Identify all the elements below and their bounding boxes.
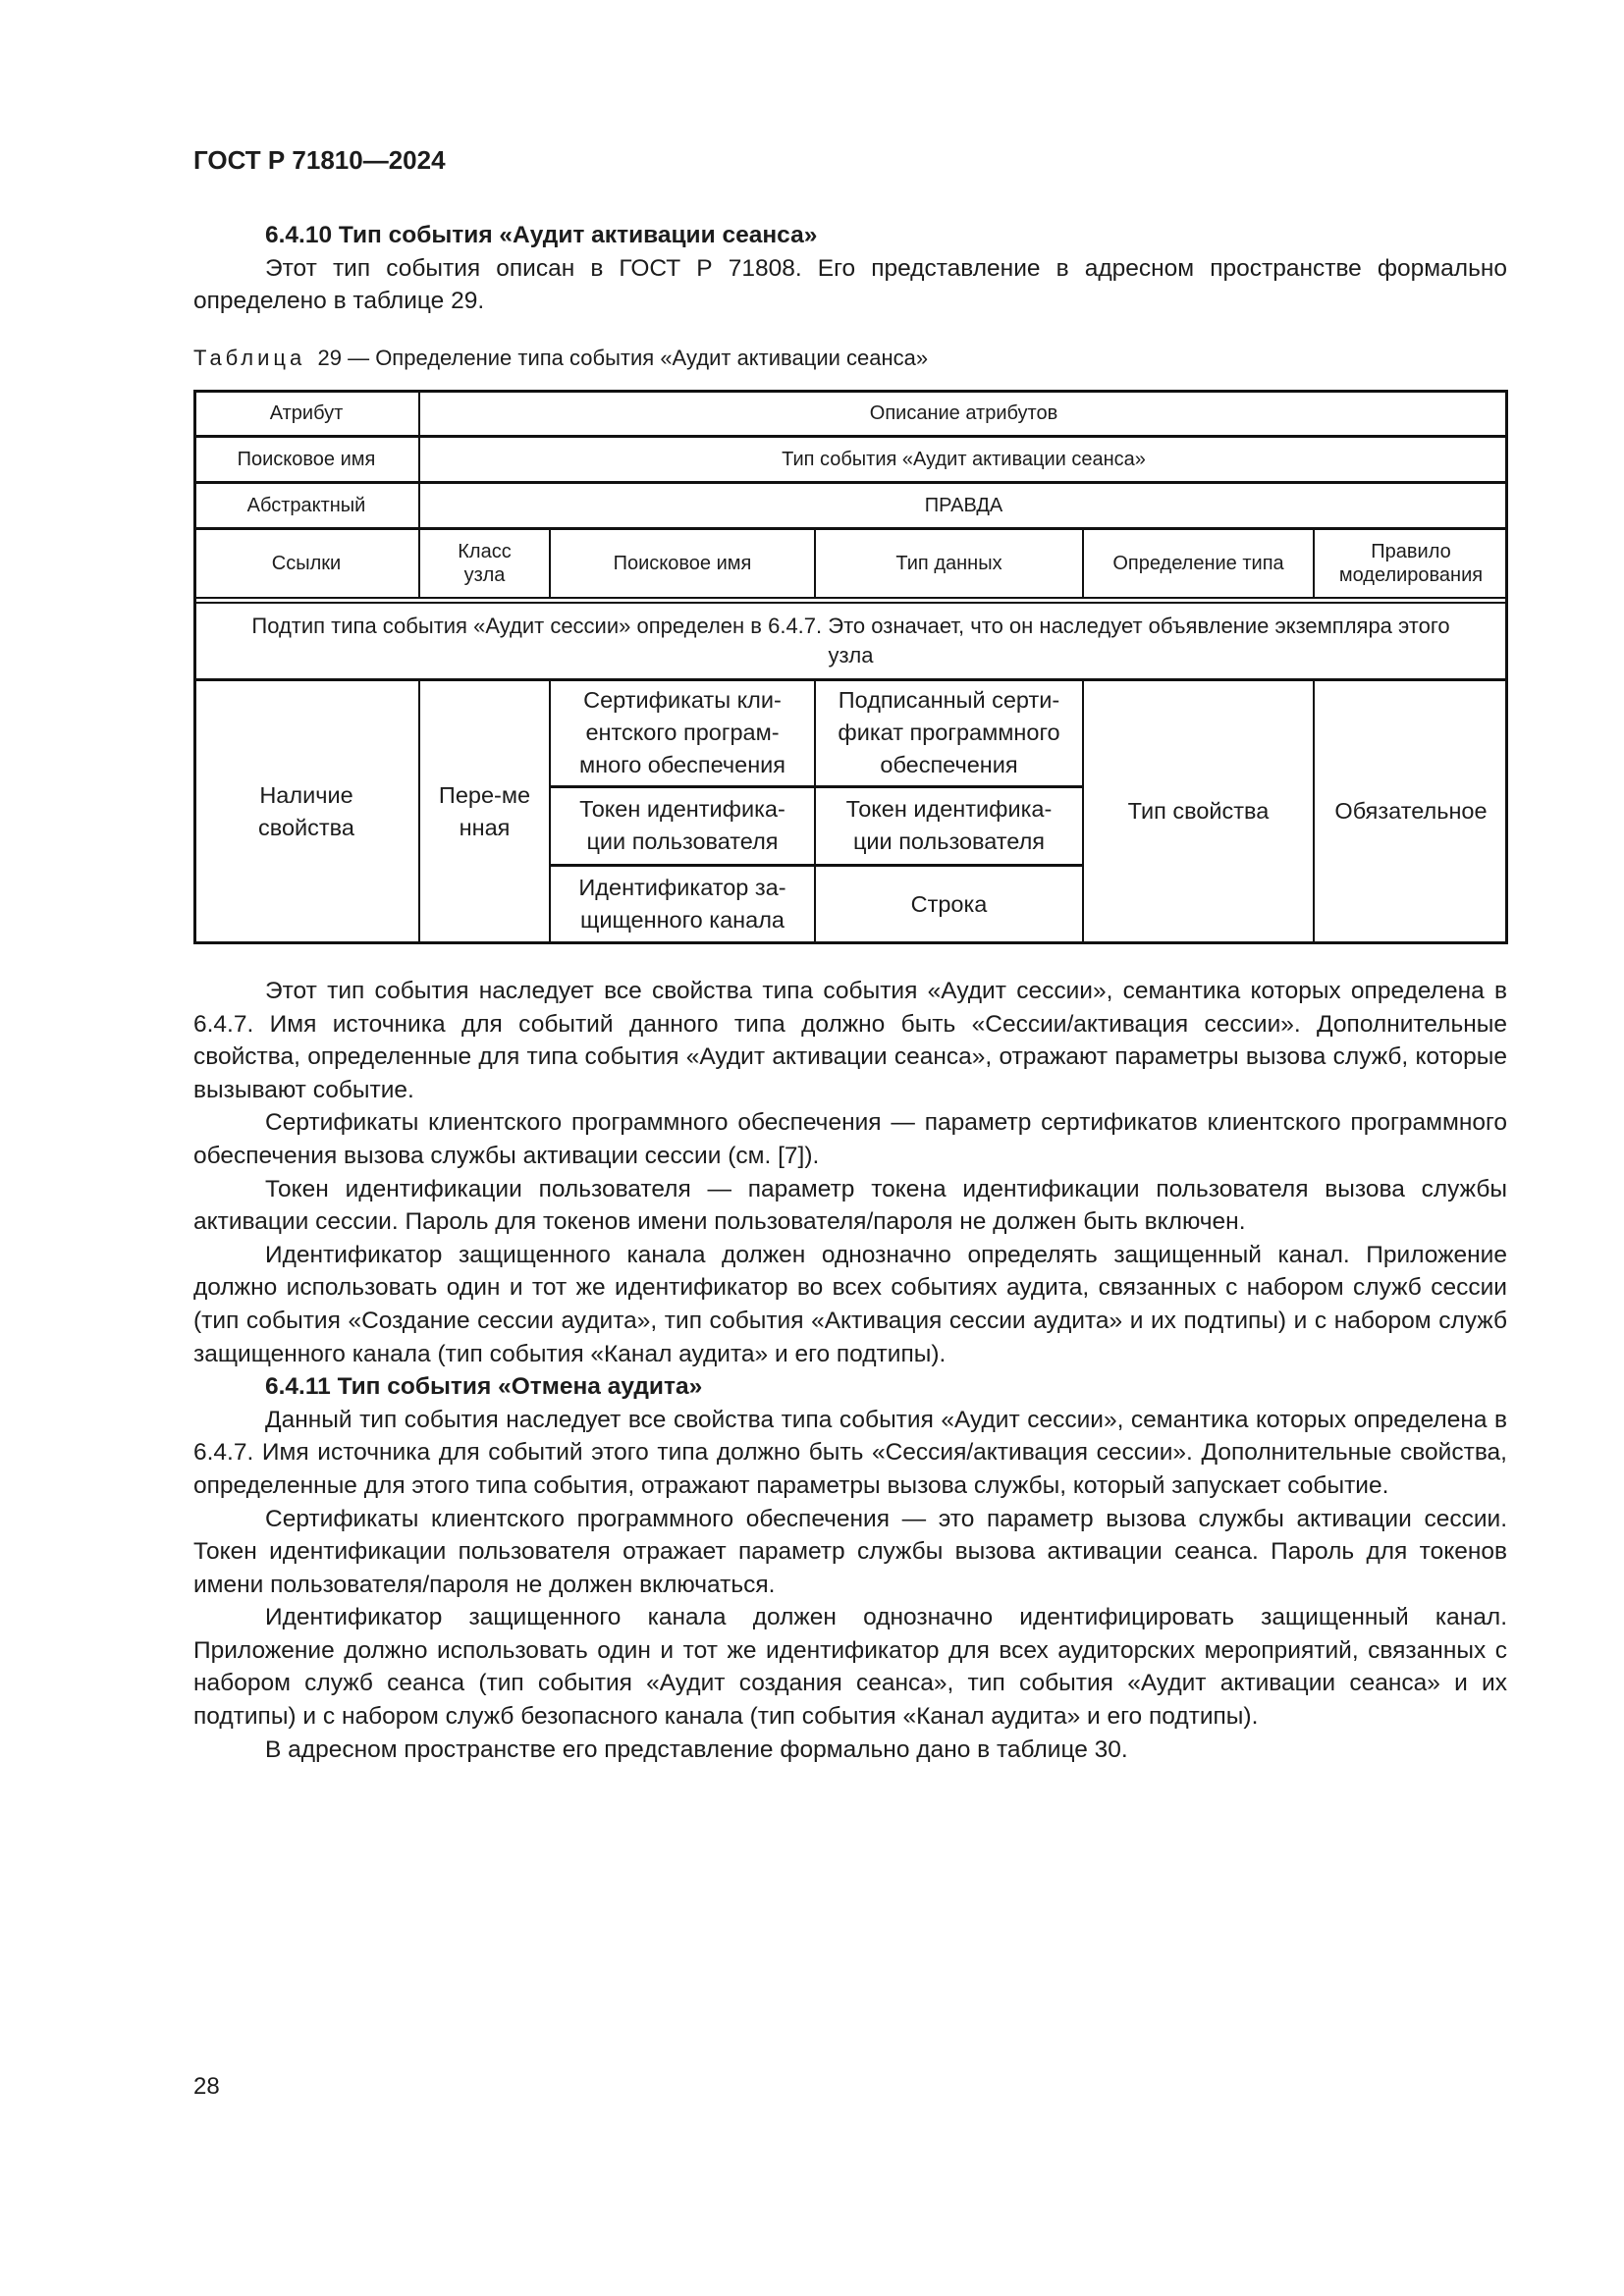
table-caption-text: 29 — Определение типа события «Аудит акт… (318, 346, 929, 370)
paragraph: Данный тип события наследует все свойств… (193, 1404, 1507, 1503)
table-cell-value: Тип события «Аудит активации сеанса» (419, 436, 1508, 482)
table-cell-browse-name: Идентификатор за-щищенного канала (550, 865, 815, 943)
table-cell-data-type: Строка (815, 865, 1083, 943)
section-heading-6-4-10: 6.4.10 Тип события «Аудит активации сеан… (193, 219, 1507, 252)
paragraph: Этот тип события наследует все свойства … (193, 975, 1507, 1106)
table-rule (193, 435, 1508, 438)
table-rule-vertical (1313, 679, 1315, 943)
table-rule (193, 602, 1508, 604)
table-border-bottom (193, 941, 1508, 944)
table-cell-node-class: Пере-менная (419, 679, 550, 943)
table-rule (193, 481, 1508, 484)
paragraph: Идентификатор защищенного канала должен … (193, 1601, 1507, 1733)
table-rule (193, 678, 1508, 681)
col-header-type-definition: Определение типа (1083, 528, 1314, 598)
col-header-browse-name: Поисковое имя (550, 528, 815, 598)
col-header-node-class: Класс узла (419, 528, 550, 598)
table-cell-browse-name: Сертификаты кли-ентского програм-много о… (550, 679, 815, 786)
table-cell-modelling-rule: Обязательное (1314, 679, 1508, 943)
table-caption-label: Таблица (193, 346, 305, 370)
table-rule-vertical (814, 528, 816, 598)
col-header-modelling-rule: Правило моделирования (1314, 528, 1508, 598)
node-class-text: Пере-менная (437, 779, 532, 844)
table-cell-attribute: Поисковое имя (193, 436, 419, 482)
table-border-top (193, 390, 1508, 393)
paragraph: Идентификатор защищенного канала должен … (193, 1239, 1507, 1370)
table-rule-vertical (418, 679, 420, 943)
table-rule-vertical (1082, 528, 1084, 598)
table-border-left (193, 390, 196, 944)
table-cell-reference: Наличие свойства (193, 679, 419, 943)
table-rule (193, 597, 1508, 599)
col-header-references: Ссылки (193, 528, 419, 598)
table-header-description: Описание атрибутов (419, 390, 1508, 436)
table-cell-browse-name: Токен идентифика-ции пользователя (550, 786, 815, 865)
paragraph: Сертификаты клиентского программного обе… (193, 1106, 1507, 1172)
table-rule-vertical (549, 528, 551, 598)
paragraph: Этот тип события описан в ГОСТ Р 71808. … (193, 252, 1507, 318)
table-rule (193, 527, 1508, 530)
section-6-4-10-intro: 6.4.10 Тип события «Аудит активации сеан… (193, 219, 1507, 318)
table-29: Атрибут Описание атрибутов Поисковое имя… (193, 390, 1508, 943)
table-rule-vertical (814, 679, 816, 943)
table-rule (550, 864, 1083, 867)
table-cell-value: ПРАВДА (419, 482, 1508, 528)
paragraph: Сертификаты клиентского программного обе… (193, 1503, 1507, 1602)
table-border-right (1505, 390, 1508, 944)
table-cell-attribute: Абстрактный (193, 482, 419, 528)
table-cell-type-definition: Тип свойства (1083, 679, 1314, 943)
paragraph: В адресном пространстве его представлени… (193, 1734, 1507, 1767)
section-heading-6-4-11: 6.4.11 Тип события «Отмена аудита» (193, 1370, 1507, 1404)
table-rule-vertical (1313, 528, 1315, 598)
section-6-4-10-body: Этот тип события наследует все свойства … (193, 975, 1507, 1766)
table-subtype-note: Подтип типа события «Аудит сессии» опред… (243, 603, 1459, 679)
paragraph: Токен идентификации пользователя — парам… (193, 1173, 1507, 1239)
page-number: 28 (193, 2073, 220, 2101)
table-header-attribute: Атрибут (193, 390, 419, 436)
col-header-data-type: Тип данных (815, 528, 1083, 598)
table-rule-vertical (1082, 679, 1084, 943)
table-cell-data-type: Токен идентифика-ции пользователя (815, 786, 1083, 865)
table-rule-vertical (418, 390, 420, 598)
table-cell-data-type: Подписанный серти-фикат программного обе… (815, 679, 1083, 786)
table-caption: Таблица 29 — Определение типа события «А… (193, 344, 928, 373)
document-header: ГОСТ Р 71810—2024 (193, 145, 446, 176)
table-rule (550, 785, 1083, 788)
table-rule-vertical (549, 679, 551, 943)
